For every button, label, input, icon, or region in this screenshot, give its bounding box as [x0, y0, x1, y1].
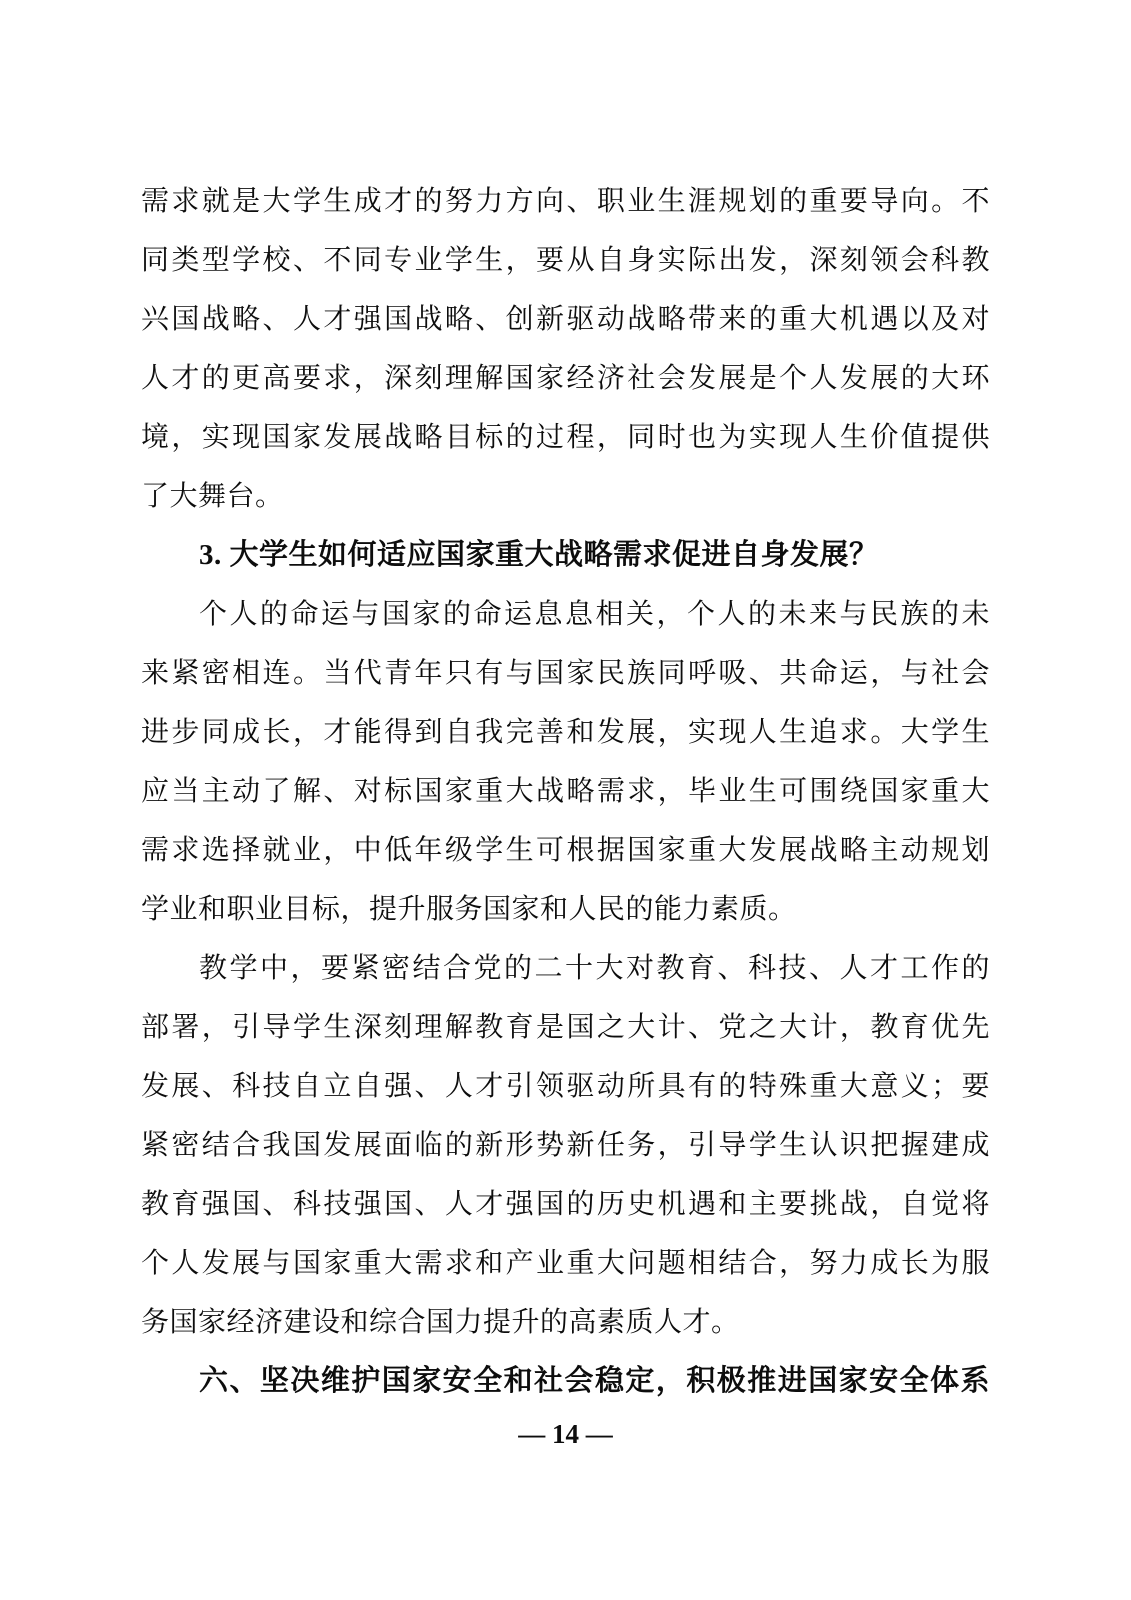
text-line: 教学中，要紧密结合党的二十大对教育、科技、人才工作的	[141, 939, 990, 998]
text-line: 进步同成长，才能得到自我完善和发展，实现人生追求。大学生	[141, 703, 990, 762]
text-line: 务国家经济建设和综合国力提升的高素质人才。	[141, 1293, 990, 1352]
text-line: 个人的命运与国家的命运息息相关，个人的未来与民族的未	[141, 585, 990, 644]
text-line: 教育强国、科技强国、人才强国的历史机遇和主要挑战，自觉将	[141, 1175, 990, 1234]
text-line: 兴国战略、人才强国战略、创新驱动战略带来的重大机遇以及对	[141, 290, 990, 349]
text-line: 需求就是大学生成才的努力方向、职业生涯规划的重要导向。不	[141, 172, 990, 231]
text-line: 境，实现国家发展战略目标的过程，同时也为实现人生价值提供	[141, 408, 990, 467]
document-page: 需求就是大学生成才的努力方向、职业生涯规划的重要导向。不 同类型学校、不同专业学…	[0, 0, 1131, 1600]
text-line: 发展、科技自立自强、人才引领驱动所具有的特殊重大意义；要	[141, 1057, 990, 1116]
paragraph: 个人的命运与国家的命运息息相关，个人的未来与民族的未 来紧密相连。当代青年只有与…	[141, 585, 990, 939]
page-number: — 14 —	[141, 1412, 990, 1457]
text-line: 人才的更高要求，深刻理解国家经济社会发展是个人发展的大环	[141, 349, 990, 408]
section-heading: 六、坚决维护国家安全和社会稳定，积极推进国家安全体系	[141, 1352, 990, 1411]
text-line: 紧密结合我国发展面临的新形势新任务，引导学生认识把握建成	[141, 1116, 990, 1175]
text-line: 同类型学校、不同专业学生，要从自身实际出发，深刻领会科教	[141, 231, 990, 290]
text-line: 应当主动了解、对标国家重大战略需求，毕业生可围绕国家重大	[141, 762, 990, 821]
paragraph: 教学中，要紧密结合党的二十大对教育、科技、人才工作的 部署，引导学生深刻理解教育…	[141, 939, 990, 1352]
text-line: 来紧密相连。当代青年只有与国家民族同呼吸、共命运，与社会	[141, 644, 990, 703]
text-line: 了大舞台。	[141, 467, 990, 526]
text-line: 个人发展与国家重大需求和产业重大问题相结合，努力成长为服	[141, 1234, 990, 1293]
text-line: 需求选择就业，中低年级学生可根据国家重大发展战略主动规划	[141, 821, 990, 880]
text-line: 学业和职业目标，提升服务国家和人民的能力素质。	[141, 880, 990, 939]
text-line: 部署，引导学生深刻理解教育是国之大计、党之大计，教育优先	[141, 998, 990, 1057]
numbered-question-heading: 3. 大学生如何适应国家重大战略需求促进自身发展？	[141, 526, 990, 585]
paragraph: 需求就是大学生成才的努力方向、职业生涯规划的重要导向。不 同类型学校、不同专业学…	[141, 172, 990, 526]
